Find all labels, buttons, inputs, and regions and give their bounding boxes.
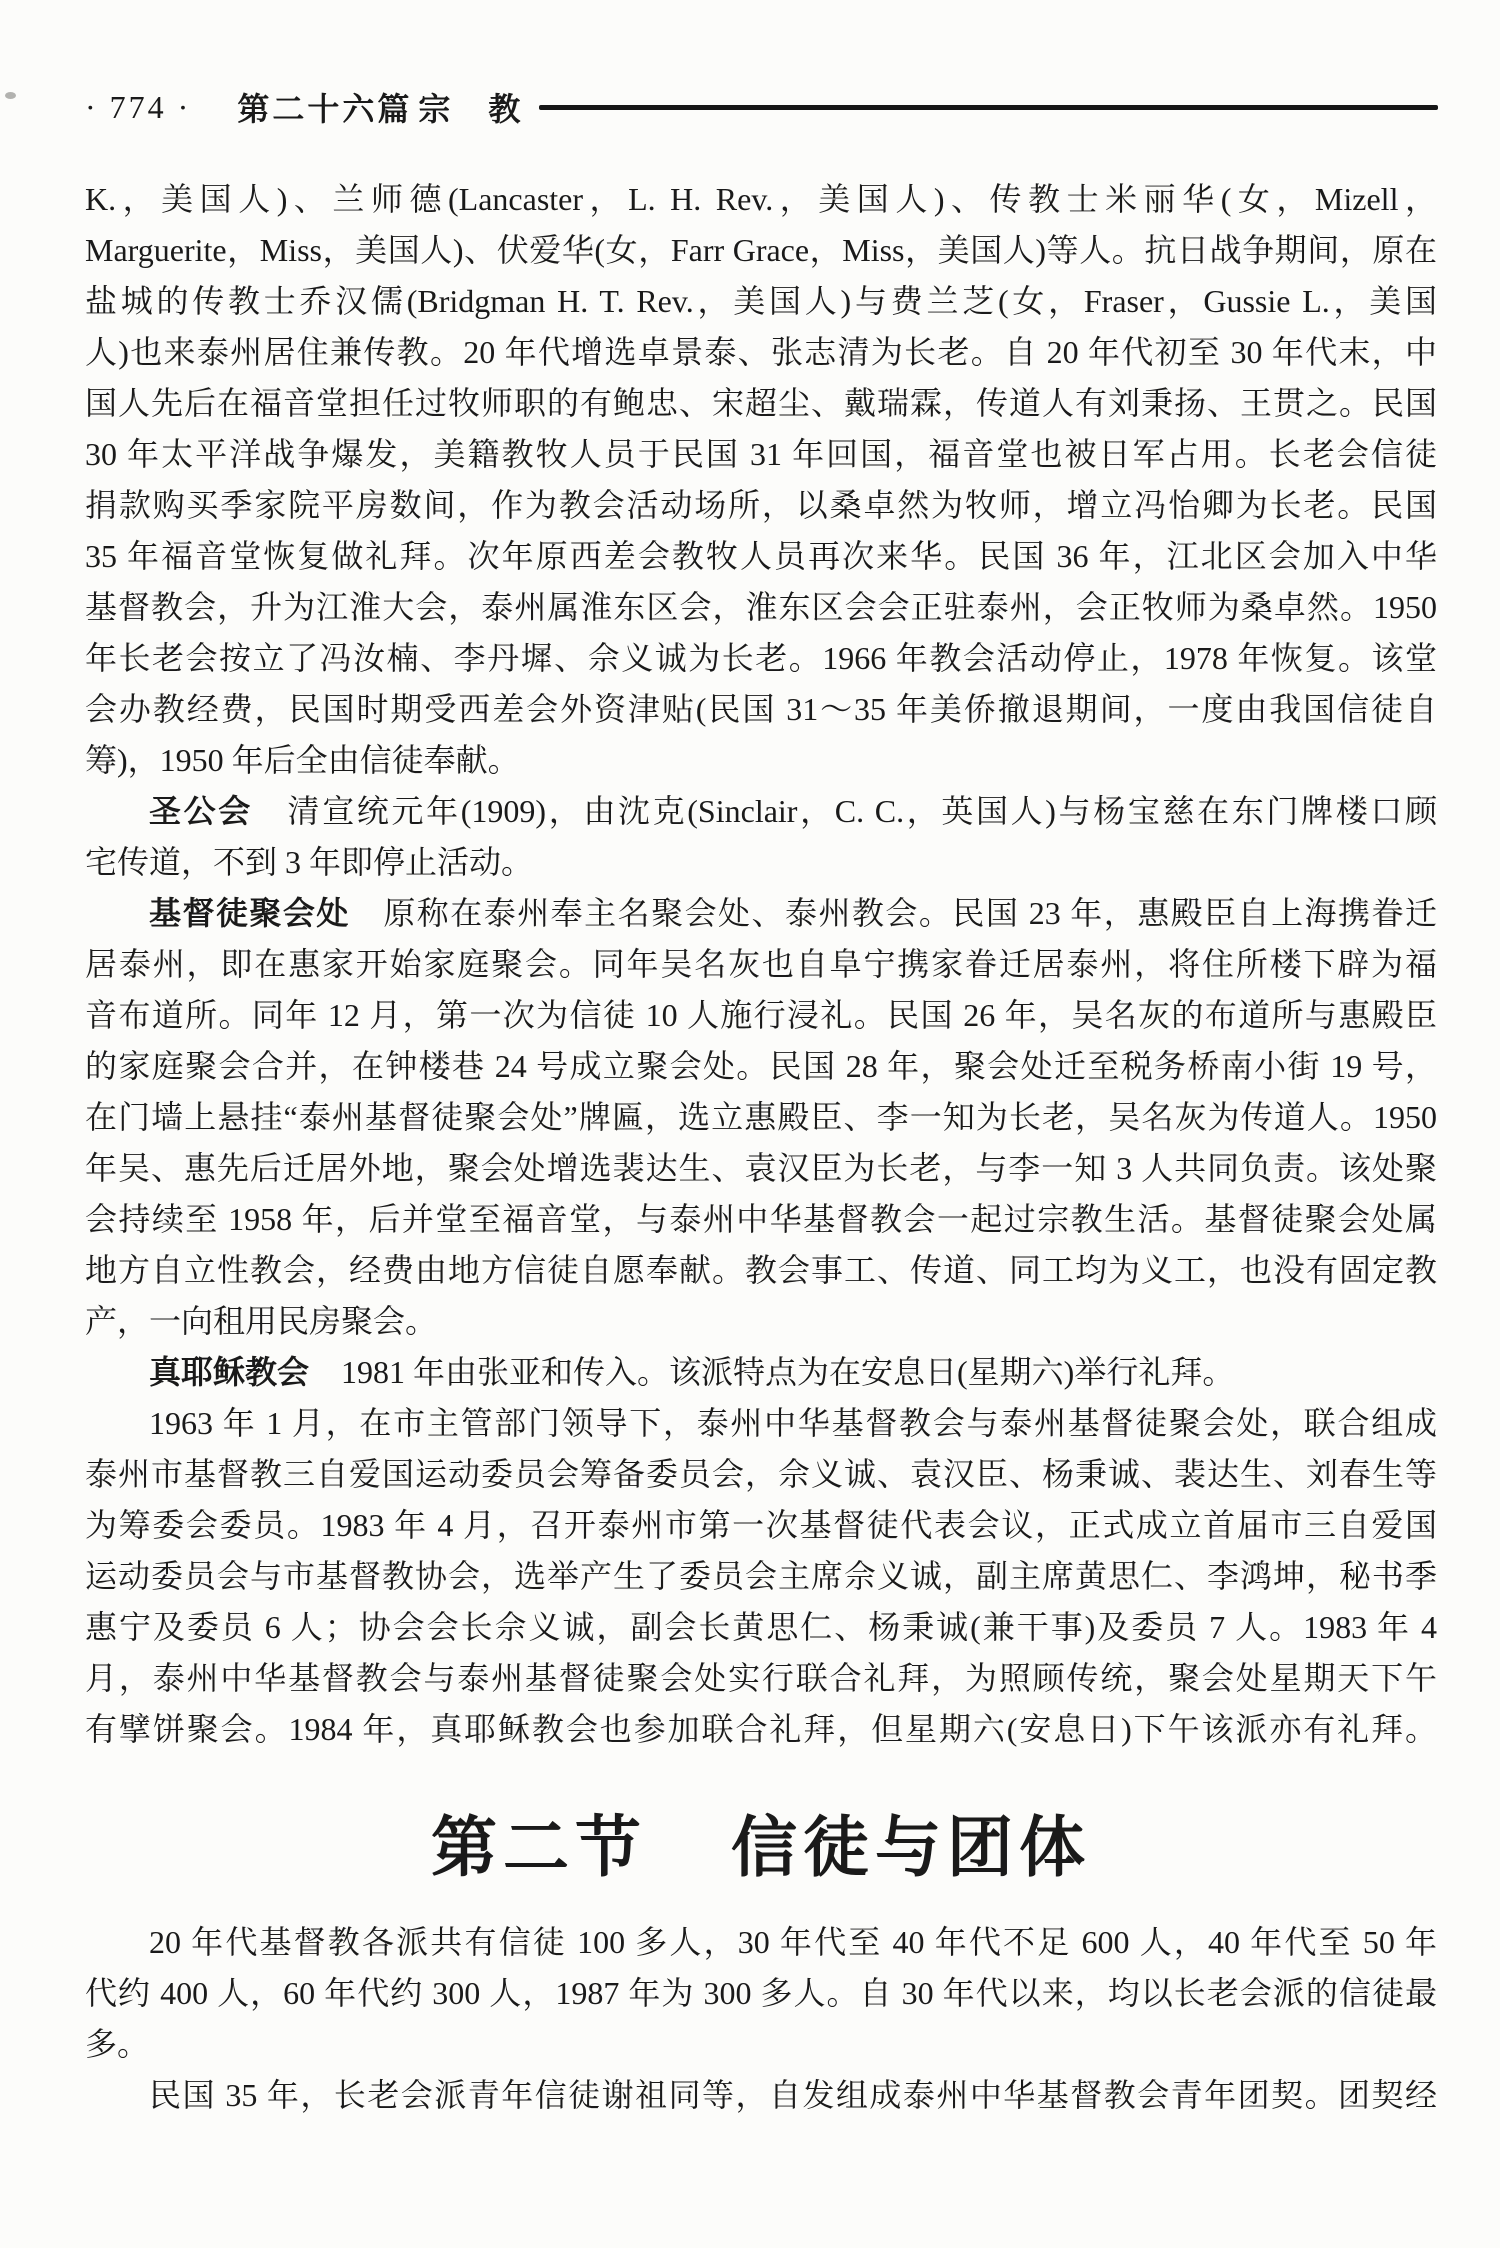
text-line: 代约 400 人，60 年代约 300 人，1987 年为 300 多人。自 3… bbox=[85, 1968, 1437, 2019]
chapter-title: 第二十六篇 bbox=[237, 84, 412, 130]
text-line: 盐城的传教士乔汉儒(Bridgman H. T. Rev.，美国人)与费兰芝(女… bbox=[85, 276, 1437, 327]
paragraph: 民国 35 年，长老会派青年信徒谢祖同等，自发组成泰州中华基督教会青年团契。团契… bbox=[85, 2070, 1437, 2121]
text-line: 年长老会按立了冯汝楠、李丹墀、佘义诚为长老。1966 年教会活动停止，1978 … bbox=[85, 633, 1437, 684]
text-line: 圣公会 清宣统元年(1909)，由沈克(Sinclair，C. C.，英国人)与… bbox=[85, 786, 1437, 837]
scan-artifact bbox=[5, 92, 16, 99]
text-line: 35 年福音堂恢复做礼拜。次年原西差会教牧人员再次来华。民国 36 年，江北区会… bbox=[85, 531, 1437, 582]
header-rule bbox=[539, 105, 1438, 110]
paragraph: 20 年代基督教各派共有信徒 100 多人，30 年代至 40 年代不足 600… bbox=[85, 1917, 1437, 2070]
paragraph: 基督徒聚会处 原称在泰州奉主名聚会处、泰州教会。民国 23 年，惠殿臣自上海携眷… bbox=[85, 888, 1437, 1347]
text-line: 有擘饼聚会。1984 年，真耶稣教会也参加联合礼拜，但星期六(安息日)下午该派亦… bbox=[85, 1704, 1437, 1755]
text-line: 1963 年 1 月，在市主管部门领导下，泰州中华基督教会与泰州基督徒聚会处，联… bbox=[85, 1398, 1437, 1449]
section-number: 第二节 bbox=[431, 1794, 647, 1889]
entry-term: 真耶稣教会 bbox=[149, 1354, 309, 1390]
paragraph: 圣公会 清宣统元年(1909)，由沈克(Sinclair，C. C.，英国人)与… bbox=[85, 786, 1437, 888]
text-line: 运动委员会与市基督教协会，选举产生了委员会主席佘义诚，副主席黄思仁、李鸿坤，秘书… bbox=[85, 1551, 1437, 1602]
text-line: 基督教会，升为江淮大会，泰州属淮东区会，淮东区会会正驻泰州，会正牧师为桑卓然。1… bbox=[85, 582, 1437, 633]
text-line: 多。 bbox=[85, 2019, 1437, 2070]
text-line: 的家庭聚会合并，在钟楼巷 24 号成立聚会处。民国 28 年，聚会处迁至税务桥南… bbox=[85, 1041, 1437, 1092]
paragraph: K.，美国人)、兰师德(Lancaster，L. H. Rev.，美国人)、传教… bbox=[85, 174, 1437, 786]
paragraph: 1963 年 1 月，在市主管部门领导下，泰州中华基督教会与泰州基督徒聚会处，联… bbox=[85, 1398, 1437, 1755]
text-line: 为筹委会委员。1983 年 4 月，召开泰州市第一次基督徒代表会议，正式成立首届… bbox=[85, 1500, 1437, 1551]
text-line: 会持续至 1958 年，后并堂至福音堂，与泰州中华基督教会一起过宗教生活。基督徒… bbox=[85, 1194, 1437, 1245]
text-line: 筹)，1950 年后全由信徒奉献。 bbox=[85, 735, 1437, 786]
running-header: · 774 · 第二十六篇 宗 教 bbox=[85, 84, 1438, 130]
text-line: 产，一向租用民房聚会。 bbox=[85, 1296, 1437, 1347]
text-line: 捐款购买季家院平房数间，作为教会活动场所，以桑卓然为牧师，增立冯怡卿为长老。民国 bbox=[85, 480, 1437, 531]
text-line: 30 年太平洋战争爆发，美籍教牧人员于民国 31 年回国，福音堂也被日军占用。长… bbox=[85, 429, 1437, 480]
text-line: 音布道所。同年 12 月，第一次为信徒 10 人施行浸礼。民国 26 年，吴名灰… bbox=[85, 990, 1437, 1041]
text-line: 泰州市基督教三自爱国运动委员会筹备委员会，佘义诚、袁汉臣、杨秉诚、裴达生、刘春生… bbox=[85, 1449, 1437, 1500]
text-line: 人)也来泰州居住兼传教。20 年代增选卓景泰、张志清为长老。自 20 年代初至 … bbox=[85, 327, 1437, 378]
text-block-bottom: 20 年代基督教各派共有信徒 100 多人，30 年代至 40 年代不足 600… bbox=[85, 1917, 1437, 2121]
section-heading: 第二节 信徒与团体 bbox=[85, 1799, 1437, 1883]
text-block-top: K.，美国人)、兰师德(Lancaster，L. H. Rev.，美国人)、传教… bbox=[85, 174, 1437, 1755]
page-body: K.，美国人)、兰师德(Lancaster，L. H. Rev.，美国人)、传教… bbox=[85, 174, 1437, 2121]
text-line: 惠宁及委员 6 人；协会会长佘义诚，副会长黄思仁、杨秉诚(兼干事)及委员 7 人… bbox=[85, 1602, 1437, 1653]
text-line: 国人先后在福音堂担任过牧师职的有鲍忠、宋超尘、戴瑞霖，传道人有刘秉扬、王贯之。民… bbox=[85, 378, 1437, 429]
text-line: 宅传道，不到 3 年即停止活动。 bbox=[85, 837, 1437, 888]
text-line: 会办教经费，民国时期受西差会外资津贴(民国 31～35 年美侨撤退期间，一度由我… bbox=[85, 684, 1437, 735]
text-line: 在门墙上悬挂“泰州基督徒聚会处”牌匾，选立惠殿臣、李一知为长老，吴名灰为传道人。… bbox=[85, 1092, 1437, 1143]
paragraph: 真耶稣教会 1981 年由张亚和传入。该派特点为在安息日(星期六)举行礼拜。 bbox=[85, 1347, 1437, 1398]
text-line: 月，泰州中华基督教会与泰州基督徒聚会处实行联合礼拜，为照顾传统，聚会处星期天下午 bbox=[85, 1653, 1437, 1704]
text-line: K.，美国人)、兰师德(Lancaster，L. H. Rev.，美国人)、传教… bbox=[85, 174, 1437, 225]
text-line: 民国 35 年，长老会派青年信徒谢祖同等，自发组成泰州中华基督教会青年团契。团契… bbox=[85, 2070, 1437, 2121]
section-title: 信徒与团体 bbox=[731, 1794, 1091, 1889]
entry-term: 圣公会 bbox=[149, 793, 253, 829]
text-line: 居泰州，即在惠家开始家庭聚会。同年吴名灰也自阜宁携家眷迁居泰州，将住所楼下辟为福 bbox=[85, 939, 1437, 990]
text-line: 地方自立性教会，经费由地方信徒自愿奉献。教会事工、传道、同工均为义工，也没有固定… bbox=[85, 1245, 1437, 1296]
text-line: 年吴、惠先后迁居外地，聚会处增选裴达生、袁汉臣为长老，与李一知 3 人共同负责。… bbox=[85, 1143, 1437, 1194]
page-number: · 774 · bbox=[85, 89, 191, 126]
text-line: 20 年代基督教各派共有信徒 100 多人，30 年代至 40 年代不足 600… bbox=[85, 1917, 1437, 1968]
entry-term: 基督徒聚会处 bbox=[149, 895, 350, 931]
text-line: Marguerite，Miss，美国人)、伏爱华(女，Farr Grace，Mi… bbox=[85, 225, 1437, 276]
text-line: 真耶稣教会 1981 年由张亚和传入。该派特点为在安息日(星期六)举行礼拜。 bbox=[85, 1347, 1437, 1398]
chapter-subject: 宗 教 bbox=[418, 84, 523, 130]
book-page: · 774 · 第二十六篇 宗 教 K.，美国人)、兰师德(Lancaster，… bbox=[0, 0, 1500, 2248]
text-line: 基督徒聚会处 原称在泰州奉主名聚会处、泰州教会。民国 23 年，惠殿臣自上海携眷… bbox=[85, 888, 1437, 939]
